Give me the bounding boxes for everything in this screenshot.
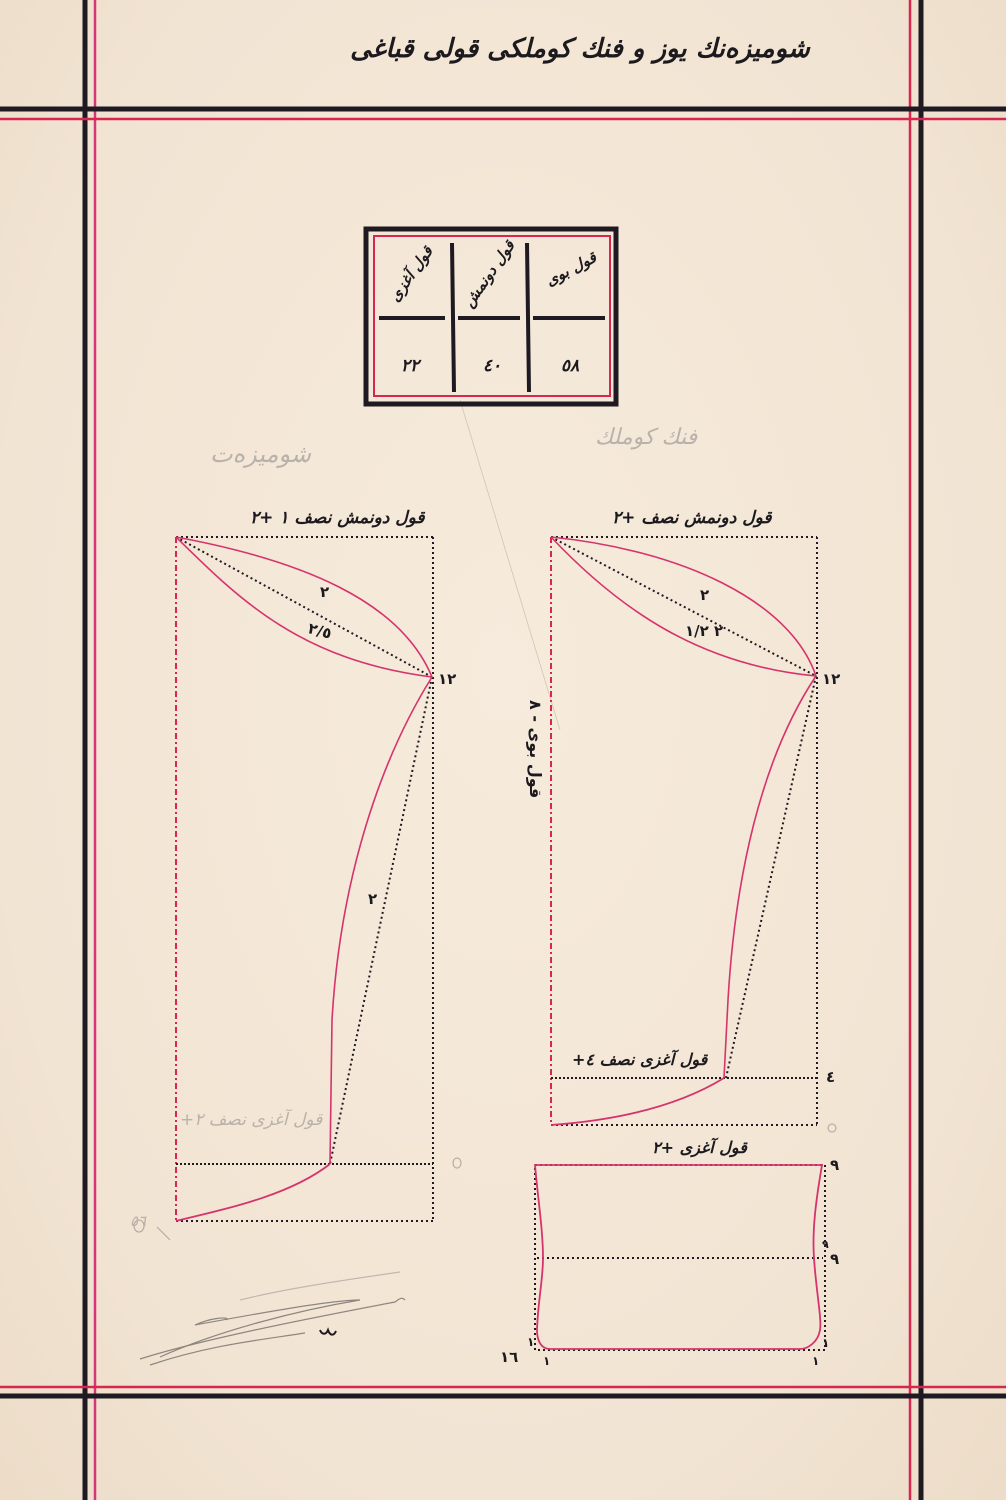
page-title: شومیزه‌نك يوز و فنك كوملکی قولی قباغی <box>310 34 850 64</box>
pencil-signature <box>140 1272 405 1365</box>
table-value-sleeve-length: ٥٨ <box>540 356 600 376</box>
cuff-pattern <box>535 1165 825 1350</box>
right-label-shoulder-point: ١٢ <box>822 670 840 688</box>
left-label-shoulder-point: ١٢ <box>438 670 456 688</box>
left-pencil-note: قول آغزی نصف ٢+ <box>180 1110 322 1130</box>
document-page: شومیزه‌نك يوز و فنك كوملکی قولی قباغی قو… <box>0 0 1006 1500</box>
cuff-label-bottom-right-side: ١ <box>822 1336 829 1350</box>
right-sleeve-pattern <box>551 537 817 1125</box>
cuff-pattern-title: قول آغزی +٢ <box>652 1138 747 1157</box>
pattern-drawing <box>0 0 1006 1500</box>
cuff-label-top-right: ٩ <box>830 1156 839 1174</box>
cuff-label-bottom-left-corner: ١ <box>543 1354 550 1368</box>
right-label-lower-curve: ٢ ١/٢ <box>685 622 723 640</box>
right-label-wrist-note: قول آغزی نصف ٤+ <box>572 1050 707 1069</box>
right-pattern-title: قول دونمش نصف +٢ <box>612 508 771 528</box>
cuff-label-middle-right: ٩ <box>830 1250 839 1268</box>
table-value-sleeve-opening: ٢٢ <box>380 356 440 376</box>
cuff-label-bottom-right-corner: ١ <box>812 1354 819 1368</box>
right-label-wrist-right: ٤ <box>826 1068 835 1086</box>
right-label-side-vertical: قول بوی - ٨ <box>526 700 545 798</box>
left-label-upper-curve: ٢ <box>320 583 329 601</box>
cuff-label-middle-inner: ٩ <box>822 1238 829 1251</box>
right-label-upper-curve: ٢ <box>700 586 709 604</box>
left-label-mid-curve: ٢ <box>368 890 377 908</box>
table-value-sleeve-turn: ٤٠ <box>462 356 522 376</box>
pencil-heading-right: فنك كوملك <box>595 425 697 450</box>
left-pattern-title: قول دونمش نصف ١ +٢ <box>250 508 425 528</box>
cuff-label-bottom-left-outer: ١٦ <box>500 1348 518 1366</box>
page-frame <box>0 0 1006 1500</box>
pencil-heading-left: شومیزه‌ت <box>210 440 311 468</box>
cuff-label-bottom-left-inner: ١ <box>527 1335 534 1349</box>
left-pencil-number: ٥٦ <box>130 1212 146 1230</box>
